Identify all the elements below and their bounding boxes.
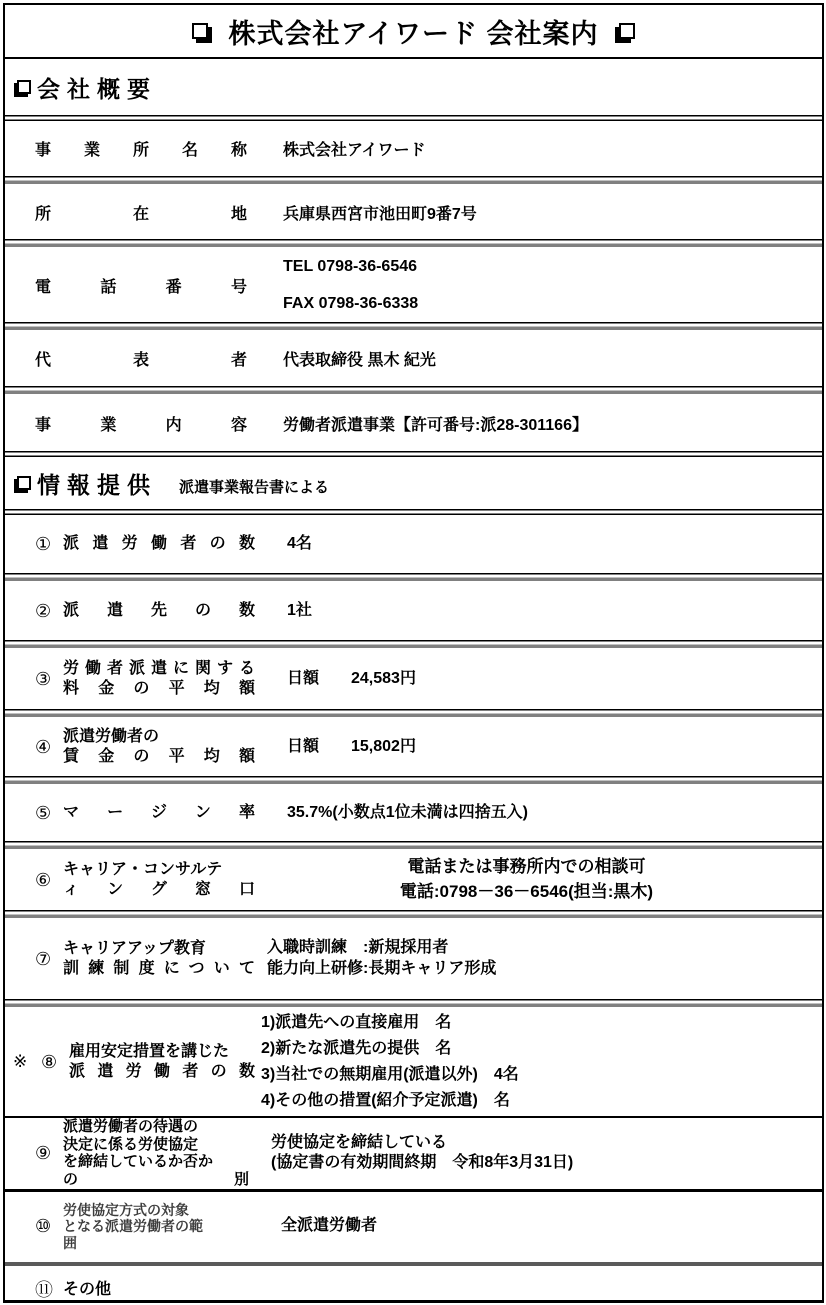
item-number: ② (35, 601, 63, 622)
item-number: ⑦ (35, 949, 63, 970)
row-label-line: 派遣労働者の数 (69, 1062, 255, 1082)
row-value-line: 電話または事務所内での相談可 (255, 855, 798, 880)
asterisk-mark: ※ (13, 1052, 27, 1072)
row-label-line: となる派遣労働者の範 (63, 1218, 243, 1235)
item-number: ⑤ (35, 803, 63, 824)
divider (5, 386, 822, 395)
table-row-employment-stability: ※ ⑧ 雇用安定措置を講じた 派遣労働者の数 1)派遣先への直接雇用 名 2)新… (5, 1008, 822, 1116)
divider (5, 709, 822, 718)
row-label: 派遣労働者の 賃金の平均額 (63, 727, 255, 767)
divider (5, 910, 822, 919)
row-label-line: 決定に係る労使協定 (63, 1136, 249, 1154)
divider (5, 999, 822, 1008)
table-row-phone: 電話番号 TEL 0798-36-6546 FAX 0798-36-6338 (5, 248, 822, 322)
table-row-office-name: 事業所名称 株式会社アイワード (5, 121, 822, 176)
item-number: ⑨ (35, 1143, 63, 1164)
row-label-line: 派遣労働者の待遇の (63, 1118, 249, 1136)
row-label-line: を締結しているか否か (63, 1153, 249, 1171)
table-row-client-count: ② 派遣先の数 1社 (5, 582, 822, 640)
row-value-line: (協定書の有効期間終期 令和8年3月31日) (271, 1153, 573, 1174)
row-label: 派遣労働者の待遇の 決定に係る労使協定 を締結しているか否か の別 (63, 1118, 249, 1189)
row-label-line: 労使協定方式の対象 (63, 1202, 243, 1219)
divider (5, 776, 822, 785)
row-label: その他 (63, 1276, 111, 1299)
fax-number: FAX 0798-36-6338 (283, 285, 418, 322)
divider (5, 176, 822, 185)
divider (5, 322, 822, 331)
section-title: 情報提供 (37, 467, 157, 500)
row-value: TEL 0798-36-6546 FAX 0798-36-6338 (283, 248, 418, 322)
section-header-company-overview: 会社概要 (5, 59, 822, 115)
row-label-line: 賃金の平均額 (63, 747, 255, 767)
row-value-line: 2)新たな派遣先の提供 名 (261, 1036, 519, 1062)
divider (5, 239, 822, 248)
divider (5, 573, 822, 582)
section-header-information: 情報提供 派遣事業報告書による (5, 457, 822, 509)
row-value-line: 入職時訓練 :新規採用者 (267, 938, 496, 959)
row-value: 全派遣労働者 (281, 1216, 377, 1237)
row-label-line: キャリアアップ教育 (63, 939, 255, 959)
row-value: 電話または事務所内での相談可 電話:0798－36－6546(担当:黒木) (255, 855, 812, 904)
shadowed-square-icon (17, 476, 31, 490)
row-value: 労使協定を締結している (協定書の有効期間終期 令和8年3月31日) (271, 1133, 573, 1175)
row-label: キャリア・コンサルテ ィング窓口 (63, 860, 255, 900)
row-label: マージン率 (63, 803, 255, 823)
row-label-line: ィング窓口 (63, 880, 255, 900)
row-label-line: 派遣労働者の (63, 727, 255, 747)
row-label-line: の別 (63, 1171, 249, 1189)
row-value-line: 4)その他の措置(紹介予定派遣) 名 (261, 1088, 519, 1114)
row-value: 日額 24,583円 (287, 669, 416, 690)
document-frame: 株式会社アイワード 会社案内 会社概要 事業所名称 株式会社アイワード 所在地 … (3, 3, 824, 1303)
item-number: ③ (35, 669, 63, 690)
document-title-row: 株式会社アイワード 会社案内 (5, 5, 822, 57)
row-label: 労働者派遣に関する 料金の平均額 (63, 659, 255, 699)
row-value: 兵庫県西宮市池田町9番7号 (283, 201, 477, 224)
table-row-business: 事業内容 労働者派遣事業【許可番号:派28-301166】 (5, 395, 822, 451)
item-number: ⑪ (35, 1276, 63, 1302)
section-subtitle: 派遣事業報告書による (179, 476, 329, 497)
row-value: 1社 (287, 601, 312, 622)
row-value: 入職時訓練 :新規採用者 能力向上研修:長期キャリア形成 (267, 938, 496, 980)
table-row-career-consulting: ⑥ キャリア・コンサルテ ィング窓口 電話または事務所内での相談可 電話:079… (5, 850, 822, 910)
table-row-margin-rate: ⑤ マージン率 35.7%(小数点1位未満は四捨五入) (5, 785, 822, 841)
row-label-line: 料金の平均額 (63, 679, 255, 699)
row-label-line: 労働者派遣に関する (63, 659, 255, 679)
table-row-fee-average: ③ 労働者派遣に関する 料金の平均額 日額 24,583円 (5, 649, 822, 709)
row-label: 労使協定方式の対象 となる派遣労働者の範 囲 (63, 1202, 243, 1252)
row-value: 労働者派遣事業【許可番号:派28-301166】 (283, 412, 588, 435)
row-label: 電話番号 (35, 274, 247, 297)
row-label: 代表者 (35, 347, 247, 370)
row-label-line: キャリア・コンサルテ (63, 860, 255, 880)
row-value-line: 能力向上研修:長期キャリア形成 (267, 959, 496, 980)
divider (5, 841, 822, 850)
row-value: 1)派遣先への直接雇用 名 2)新たな派遣先の提供 名 3)当社での無期雇用(派… (261, 1010, 519, 1114)
row-label: 事業内容 (35, 412, 247, 435)
table-row-wage-average: ④ 派遣労働者の 賃金の平均額 日額 15,802円 (5, 718, 822, 776)
document-title: 株式会社アイワード 会社案内 (228, 12, 598, 51)
section-title: 会社概要 (37, 71, 157, 104)
item-number: ⑥ (35, 870, 63, 891)
item-number: ⑩ (35, 1216, 63, 1237)
shadowed-square-icon (192, 23, 208, 39)
row-value-line: 電話:0798－36－6546(担当:黒木) (255, 880, 798, 905)
row-label: 派遣労働者の数 (63, 534, 255, 554)
row-value: 株式会社アイワード (283, 137, 426, 160)
row-label: 所在地 (35, 201, 247, 224)
table-row-labor-agreement-status: ⑨ 派遣労働者の待遇の 決定に係る労使協定 を締結しているか否か の別 労使協定… (5, 1118, 822, 1189)
row-value: 35.7%(小数点1位未満は四捨五入) (287, 803, 528, 824)
row-value-line: 労使協定を締結している (271, 1133, 573, 1154)
row-label: 事業所名称 (35, 137, 247, 160)
table-row-labor-agreement-scope: ⑩ 労使協定方式の対象 となる派遣労働者の範 囲 全派遣労働者 (5, 1192, 822, 1262)
table-row-career-training: ⑦ キャリアアップ教育 訓練制度について 入職時訓練 :新規採用者 能力向上研修… (5, 919, 822, 999)
row-label-line: 訓練制度について (63, 959, 255, 979)
row-label-line: 雇用安定措置を講じた (69, 1042, 255, 1062)
shadowed-square-icon (619, 23, 635, 39)
row-label: 雇用安定措置を講じた 派遣労働者の数 (69, 1042, 255, 1082)
document-page: 株式会社アイワード 会社案内 会社概要 事業所名称 株式会社アイワード 所在地 … (0, 0, 826, 1305)
item-number: ④ (35, 737, 63, 758)
row-value: 代表取締役 黒木 紀光 (283, 347, 436, 370)
row-label-line: 囲 (63, 1235, 243, 1252)
item-number: ① (35, 534, 63, 555)
table-row-representative: 代表者 代表取締役 黒木 紀光 (5, 331, 822, 386)
item-number: ⑧ (41, 1052, 69, 1073)
row-value: 4名 (287, 534, 312, 555)
row-value-line: 1)派遣先への直接雇用 名 (261, 1010, 519, 1036)
divider (5, 640, 822, 649)
table-row-address: 所在地 兵庫県西宮市池田町9番7号 (5, 185, 822, 239)
tel-number: TEL 0798-36-6546 (283, 248, 418, 285)
shadowed-square-icon (17, 80, 31, 94)
row-value-line: 3)当社での無期雇用(派遣以外) 4名 (261, 1062, 519, 1088)
table-row-dispatch-workers: ① 派遣労働者の数 4名 (5, 515, 822, 573)
row-label: 派遣先の数 (63, 601, 255, 621)
row-label: キャリアアップ教育 訓練制度について (63, 939, 255, 979)
table-row-other: ⑪ その他 (5, 1266, 822, 1302)
row-value: 日額 15,802円 (287, 737, 416, 758)
